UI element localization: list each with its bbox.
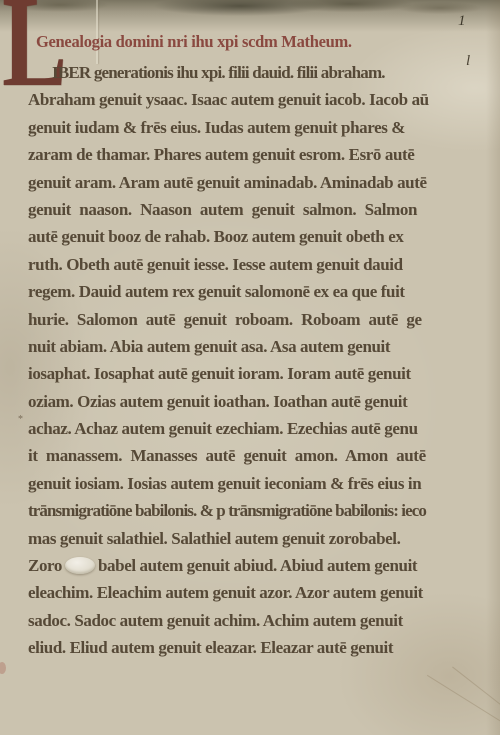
text-line-14: achaz. Achaz autem genuit ezechiam. Ezec…	[28, 415, 488, 442]
text-after-hole: babel autem genuit abiud. Abiud autem ge…	[98, 556, 417, 575]
text-line-12: iosaphat. Iosaphat autē genuit ioram. Io…	[28, 360, 488, 387]
manuscript-page: L Genealogia domini nri ihu xpi scdm Mat…	[0, 0, 500, 735]
text-line-19: Zorobabel autem genuit abiud. Abiud aute…	[28, 552, 488, 579]
text-line-9: regem. Dauid autem rex genuit salomonē e…	[28, 278, 488, 305]
rubric-title: Genealogia domini nri ihu xpi scdm Mathe…	[36, 32, 352, 52]
text-line-8: ruth. Obeth autē genuit iesse. Iesse aut…	[28, 251, 488, 278]
text-line-21: sadoc. Sadoc autem genuit achim. Achim a…	[28, 607, 488, 634]
folio-number: 1	[458, 13, 466, 30]
text-line-11: nuit abiam. Abia autem genuit asa. Asa a…	[28, 333, 488, 360]
text-block: IBER generationis ihu xpi. filii dauid. …	[28, 59, 488, 662]
text-line-3: genuit iudam & frēs eius. Iudas autem ge…	[28, 114, 488, 141]
text-line-15: it manassem. Manasses autē genuit amon. …	[28, 442, 488, 469]
text-line-13: oziam. Ozias autem genuit ioathan. Ioath…	[28, 388, 488, 415]
right-edge-shading	[486, 0, 500, 735]
text-line-5: genuit aram. Aram autē genuit aminadab. …	[28, 169, 488, 196]
text-line-16: genuit iosiam. Iosias autem genuit iecon…	[28, 470, 488, 497]
text-line-20: eleachim. Eleachim autem genuit azor. Az…	[28, 579, 488, 606]
text-line-10: hurie. Salomon autē genuit roboam. Roboa…	[28, 306, 488, 333]
text-line-1: IBER generationis ihu xpi. filii dauid. …	[28, 59, 488, 86]
margin-speck: *	[18, 414, 23, 425]
top-edge-stain	[0, 0, 500, 34]
text-before-hole: Zoro	[28, 556, 62, 575]
parchment-hole	[65, 557, 95, 574]
text-line-17: trānsmigratiōne babilonis. & p trānsmigr…	[28, 497, 488, 524]
text-line-6: genuit naason. Naason autem genuit salmo…	[28, 196, 488, 223]
text-line-2: Abraham genuit ysaac. Isaac autem genuit…	[28, 86, 488, 113]
text-line-22: eliud. Eliud autem genuit eleazar. Eleaz…	[28, 634, 488, 661]
text-line-18: mas genuit salathiel. Salathiel autem ge…	[28, 525, 488, 552]
edge-stain-mark	[0, 662, 6, 674]
text-line-4: zaram de thamar. Phares autem genuit esr…	[28, 141, 488, 168]
text-line-7: autē genuit booz de rahab. Booz autem ge…	[28, 223, 488, 250]
